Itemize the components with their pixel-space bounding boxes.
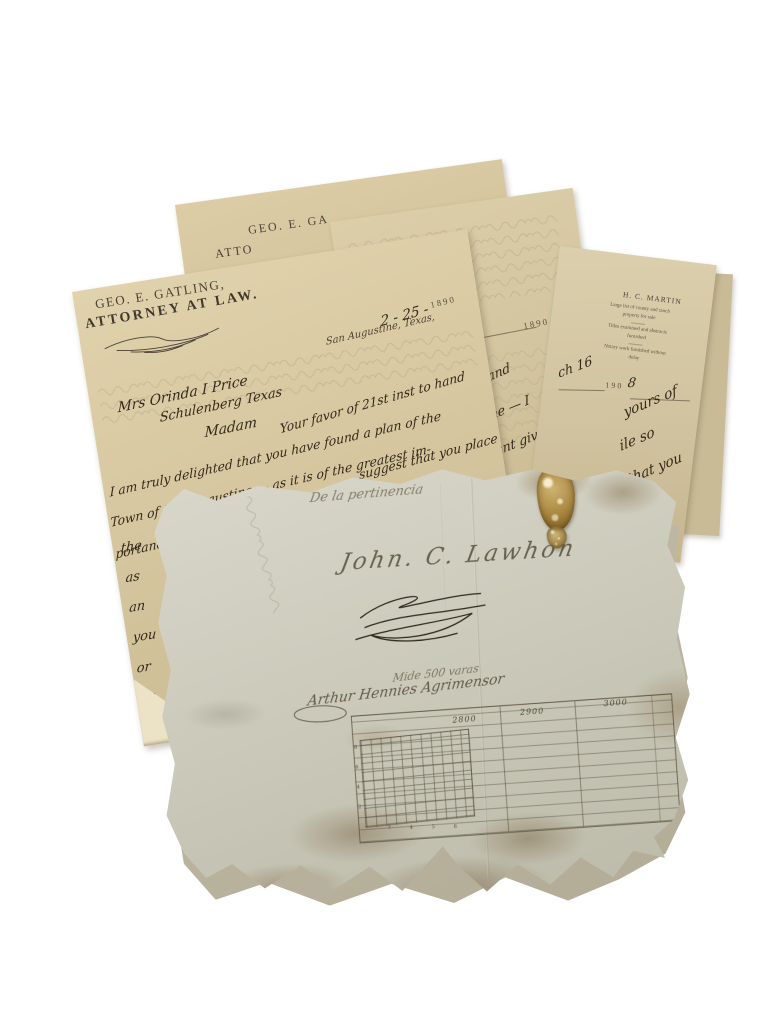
ghost-writing [97, 326, 479, 425]
plat-column-line [499, 706, 509, 832]
middle-dateline-year: 1890 [522, 316, 549, 331]
plat-left-mark: 4 [357, 784, 361, 790]
plat-column-line [651, 696, 661, 822]
margin-fragment: or [136, 659, 151, 677]
plat-distance-number: 2800 [452, 714, 477, 725]
salutation: Madam [205, 415, 258, 442]
martin-dateline-day: ch 16 [557, 354, 593, 382]
plat-column-line [574, 701, 584, 827]
letterhead-divider [629, 343, 643, 346]
plat-bottom-mark: 6 [454, 824, 458, 830]
martin-fragment: ile so [618, 424, 655, 455]
plat-bottom-mark: 4 [410, 825, 414, 831]
plat-left-mark: 2 [358, 804, 362, 810]
plat-left-mark: 6 [355, 764, 359, 770]
gatling-second-title: ATTO [214, 242, 254, 262]
martin-dateline-year: 190 [605, 381, 623, 391]
plat-distance-number: 3000 [603, 697, 628, 708]
plat-left-mark: 8 [354, 744, 358, 750]
survey-plat-table: 2800 2900 3000 8 6 4 2 3 4 5 6 [351, 693, 681, 843]
margin-fragment: you [133, 627, 157, 646]
survey-parchment: De la pertinencia John. C. Lawhon Mide 5… [152, 459, 698, 910]
martin-dateline-digit: 8 [627, 376, 637, 392]
plat-bottom-mark: 5 [432, 824, 436, 830]
plat-bottom-mark: 3 [387, 824, 391, 830]
plat-crosshatch-grid [359, 729, 475, 828]
margin-fragment: as [125, 569, 140, 587]
gatling-dateline-year: 1890 [429, 294, 457, 310]
photo-canvas: C. W. GEO. E. GA ATTO 3 - 17 1890 to han… [0, 0, 768, 1024]
parchment-owner-name: John. C. Lawhon [338, 535, 578, 576]
plat-distance-number: 2900 [520, 706, 545, 717]
letterhead-divider [631, 322, 645, 325]
margin-fragment: an [129, 598, 146, 616]
ghost-writing [241, 494, 285, 614]
gatling-second-name: GEO. E. GA [247, 212, 330, 238]
dateline-rule [559, 389, 605, 391]
